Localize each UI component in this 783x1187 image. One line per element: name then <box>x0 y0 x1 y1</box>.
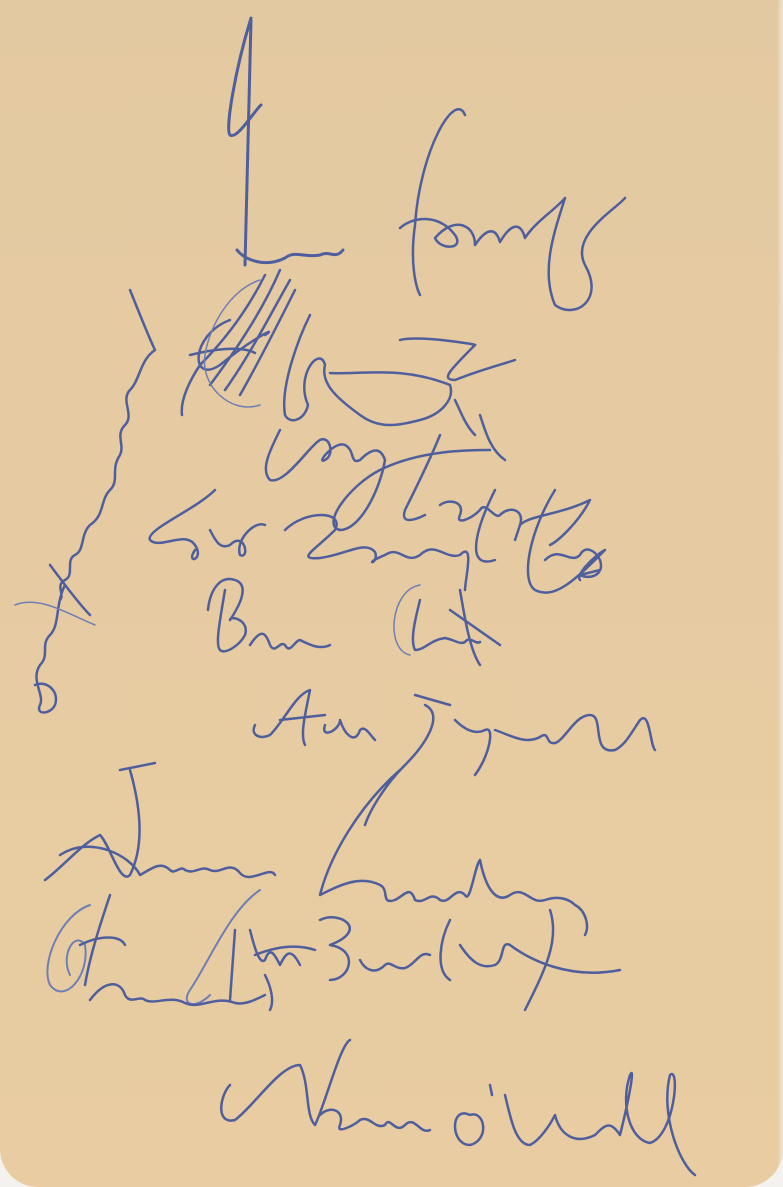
signature-scribble-bottom-left-strokes <box>30 885 390 1035</box>
signature-alan-hamilton: Alan Hamilton <box>10 285 170 725</box>
signature-scribble-bottom-left: illegible scribble (bottom left) <box>30 885 390 1035</box>
signature-label: Warren Saunders <box>30 755 39 756</box>
signature-label: Brian Booth <box>200 570 206 571</box>
signature-label: Ian Craig <box>225 10 230 11</box>
signature-label: Neil Harvey <box>220 305 226 306</box>
signature-label: illegible scribble <box>170 265 178 266</box>
signature-label: Alan Hamilton <box>10 285 17 286</box>
signature-brian-booth-strokes <box>200 570 510 680</box>
signature-norm-oneill-strokes <box>210 1025 750 1185</box>
signature-label: Doug Ford <box>240 390 245 391</box>
signature-label: Norm O'Neill <box>210 1025 217 1026</box>
signature-brian-booth: Brian Booth <box>200 570 510 680</box>
signature-label: illegible scribble (bottom left) <box>30 885 45 886</box>
signature-alan-hamilton-strokes <box>10 285 170 725</box>
signature-label: Alan Wyatt <box>245 675 251 676</box>
signature-norm-oneill: Norm O'Neill <box>210 1025 750 1185</box>
signature-label: Jim Burke <box>150 880 155 881</box>
autograph-page: Ian Craig illegible scribble Neil Harvey… <box>0 0 783 1187</box>
